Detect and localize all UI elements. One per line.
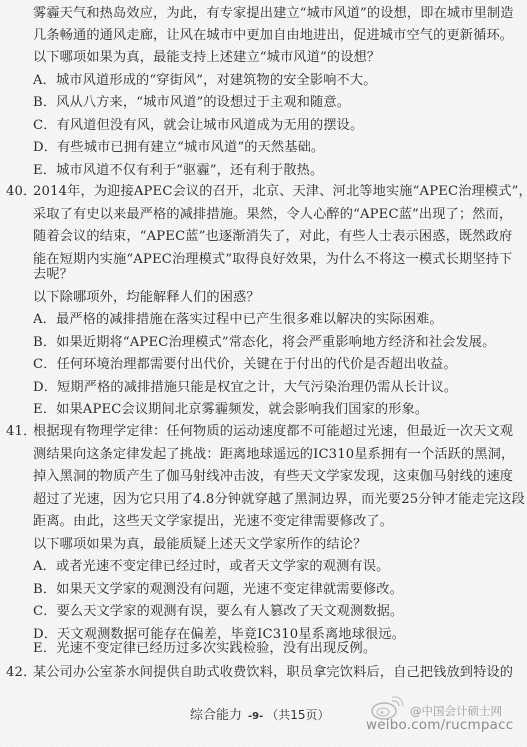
q40-stem-line: 能在短期内实施“APEC治理模式”取得良好效果，为什么不将这一模式长期坚持下: [33, 251, 512, 269]
page-footer: 综合能力-9-（共15页）: [190, 704, 330, 723]
q41-option-a: A．或者光速不变定律已经过时，或者天文学家的观测有误。: [33, 558, 389, 576]
q40-number: 40．: [6, 183, 36, 201]
weibo-watermark: @中国会计硕士网 weibo.com/rucmpacc: [362, 694, 527, 744]
q40-stem-line: 采取了有史以来最严格的减排措施。果然，令人心醉的“APEC蓝”出现了；然而，: [33, 206, 512, 224]
footer-subject: 综合能力: [190, 708, 242, 723]
q39-option-b: B．风从八方来，“城市风道”的设想过于主观和随意。: [33, 94, 350, 112]
q40-stem-line: 去呢？: [33, 266, 73, 284]
q41-option-e: E．光速不变定律已经历过多次实践检验，没有出现反例。: [33, 640, 376, 658]
q39-option-a: A．城市风道形成的“穿街风”，对建筑物的安全影响不大。: [33, 72, 377, 90]
q41-option-b: B．如果天文学家的观测没有问题，光速不变定律就需要修改。: [33, 581, 403, 599]
q41-option-c: C．要么天文学家的观测有误，要么有人篡改了天文观测数据。: [33, 603, 403, 621]
q40-option-b: B．如果近期将“APEC治理模式”常态化，将会严重影响地方经济和社会发展。: [33, 334, 495, 352]
footer-total-pages: （共15页）: [266, 708, 329, 722]
q40-option-d: D．短期严格的减排措施只能是权宜之计，大气污染治理仍需从长计议。: [33, 379, 457, 397]
q41-number: 41．: [6, 423, 36, 441]
q39-question: 以下哪项如果为真，最能支持上述建立“城市风道”的设想？: [33, 49, 380, 67]
q39-option-c: C．有风道但没有风，就会让城市风道成为无用的摆设。: [33, 117, 363, 135]
footer-page-number: -9-: [248, 711, 263, 722]
q39-option-d: D．有些城市已拥有建立“城市风道”的天然基础。: [33, 139, 324, 157]
q39-stem-line: 雾霾天气和热岛效应，为此，有专家提出建立“城市风道”的设想，即在城市里制造: [33, 5, 514, 23]
q40-question: 以下除哪项外，均能解释人们的困惑？: [33, 289, 260, 307]
q41-stem-line: 距离。由此，这些天文学家提出，光速不变定律需要修改了。: [33, 513, 393, 531]
q40-option-c: C．任何环境治理都需要付出代价，关键在于付出的代价是否超出收益。: [33, 356, 457, 374]
q40-option-e: E．如果APEC会议期间北京雾霾频发，就会影响我们国家的形象。: [33, 401, 428, 419]
q40-option-a: A．最严格的减排措施在落实过程中已产生很多难以解决的实际困难。: [33, 311, 443, 329]
q41-stem-line: 测结果向这条定律发起了挑战：距离地球遥远的IC310星系拥有一个活跃的黑洞，: [33, 446, 514, 464]
q40-stem-line: 随着会议的结束，“APEC蓝”也逐渐消失了，对此，有些人士表示困惑，既然政府: [33, 228, 512, 246]
q41-stem-line: 超过了光速，因为它只用了4.8分钟就穿越了黑洞边界，而光要25分钟才能走完这段: [33, 491, 525, 509]
q41-stem-line: 根据现有物理学定律：任何物质的运动速度都不可能超过光速，但最近一次天文观: [33, 423, 513, 441]
q42-stem-line: 某公司办公室茶水间提供自助式收费饮料，职员拿完饮料后，自己把钱放到特设的: [33, 664, 513, 682]
q41-stem-line: 掉入黑洞的物质产生了伽马射线冲击波，有些天文学家发现，这束伽马射线的速度: [33, 468, 513, 486]
q42-number: 42．: [6, 664, 36, 682]
q39-stem-line: 几条畅通的通风走廊，让风在城市中更加自由地进出，促进城市空气的更新循环。: [33, 27, 513, 45]
q41-question: 以下哪项如果为真，最能质疑上述天文学家所作的结论？: [33, 536, 366, 554]
q39-option-e: E．城市风道不仅有利于“驱霾”，还有利于散热。: [33, 162, 323, 180]
weibo-url: weibo.com/rucmpacc: [366, 717, 513, 733]
exam-page: 雾霾天气和热岛效应，为此，有专家提出建立“城市风道”的设想，即在城市里制造 几条…: [0, 0, 527, 747]
q40-stem-line: 2014年，为迎接APEC会议的召开，北京、天津、河北等地实施“APEC治理模式…: [33, 183, 527, 201]
